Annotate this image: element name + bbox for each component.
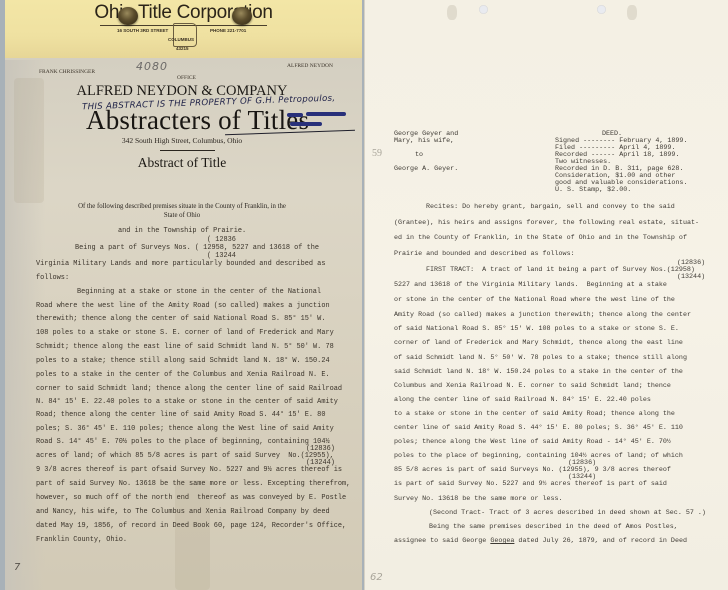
underlined-name: Geogea — [490, 537, 514, 545]
premises-line: State of Ohio — [0, 211, 364, 220]
typed-line: 85 5/8 acres is part of said Surveys No.… — [394, 467, 671, 474]
corporation-phone: PHONE 221-7701 — [210, 28, 246, 33]
typed-line: Being a part of Surveys Nos. ( 12958, 52… — [75, 245, 319, 252]
typed-line: however, so much off of the north end th… — [36, 495, 346, 502]
document-title: Abstract of Title — [0, 155, 364, 171]
grommet-icon — [118, 7, 138, 25]
typed-line: Schmidt; thence along the east line of s… — [36, 344, 334, 351]
deed-stamp: U. S. Stamp, $2.00. — [555, 187, 631, 194]
deed-sheet: 59 George Geyer and Mary, his wife, to G… — [364, 0, 728, 590]
typed-line: (Grantee), his heirs and assigns forever… — [394, 220, 699, 227]
typed-line: ( 12836 — [207, 237, 236, 244]
typed-line: ed in the County of Franklin, in the Sta… — [394, 235, 687, 242]
typed-line: acres of land; of which 85 5/8 acres is … — [36, 453, 334, 460]
letterhead-office: OFFICE — [177, 75, 196, 81]
pencil-file-number: 4080 — [136, 60, 168, 73]
typed-line: Virginia Military Lands and more particu… — [36, 261, 325, 268]
letterhead-left-name: FRANK CHRISSINGER — [39, 69, 95, 75]
title-divider — [160, 150, 215, 151]
typed-line: corner to said Schmidt land; thence alon… — [36, 386, 342, 393]
typed-line: N. 84° 15' E. 22.40 poles to a stake or … — [36, 399, 338, 406]
letterhead-right-name: ALFRED NEYDON — [287, 63, 333, 69]
punch-hole-icon — [597, 5, 606, 14]
typed-line: Road where the west line of the Amity Ro… — [36, 303, 330, 310]
typed-line: is part of said Survey No. 5227 and 9½ a… — [394, 481, 667, 488]
typed-line: poles to a stake in the center of the Co… — [36, 372, 330, 379]
corporation-name: Ohio Title Corporation — [5, 2, 362, 24]
typed-line: 5227 and 13618 of the Virginia Military … — [394, 282, 667, 289]
typed-line: 108 poles to a stake or stone S. E. corn… — [36, 330, 334, 337]
typed-line: 9 3/8 acres thereof is part ofsaid Surve… — [36, 467, 342, 474]
typed-line: ( 13244 — [207, 253, 236, 260]
typed-line: Survey No. 13618 be the same more or les… — [394, 496, 563, 503]
typed-line: Columbus and Xenia Railroad N. E. corner… — [394, 383, 671, 390]
typed-line: dated May 19, 1856, of record in Deed Bo… — [36, 523, 346, 530]
typed-line: FIRST TRACT: A tract of land it being a … — [426, 267, 695, 274]
typed-line: poles to a stake; thence still along sai… — [36, 358, 330, 365]
to-label: to — [415, 152, 423, 159]
company-address: 342 South High Street, Columbus, Ohio — [0, 136, 364, 145]
bottom-page-number: 62 — [370, 572, 383, 583]
grantor-line: Mary, his wife, — [394, 138, 454, 145]
grommet-icon — [232, 7, 252, 25]
premises-line: Of the following described premises situ… — [0, 202, 364, 211]
ink-scribble — [306, 112, 346, 116]
typed-line: Road S. 14° 45' E. 70½ poles to the plac… — [36, 439, 330, 446]
folder-tab: Ohio Title Corporation 16 SOUTH 3RD STRE… — [5, 0, 362, 61]
corporation-street: 16 SOUTH 3RD STREET — [117, 28, 168, 33]
corporation-city: COLUMBUS — [168, 37, 194, 42]
typed-line: of said National Road S. 85° 15' W. 108 … — [394, 326, 679, 333]
pencil-mark: 7 — [14, 562, 20, 573]
typed-line: part of said Survey No. 13618 be the sam… — [36, 481, 350, 488]
typed-line: said Schmidt land N. 18° W. 150.24 poles… — [394, 369, 683, 376]
punch-hole-icon — [479, 5, 488, 14]
typed-line: (Second Tract- Tract of 3 acres describe… — [429, 510, 706, 517]
typed-line: Being the same premises described in the… — [429, 524, 678, 531]
typed-line: center line of said Amity Road S. 44° 15… — [394, 425, 683, 432]
typed-fragment: assignee to said George — [394, 537, 490, 545]
ohio-state-icon — [173, 23, 197, 47]
typed-line: therewith; thence along the center of sa… — [36, 316, 325, 323]
ink-scribble — [290, 122, 322, 126]
torn-fastener-mark — [627, 5, 637, 20]
abstract-folder: Ohio Title Corporation 16 SOUTH 3RD STRE… — [0, 0, 364, 590]
grantee-line: George A. Geyer. — [394, 166, 458, 173]
typed-line: poles; thence along the West line of sai… — [394, 439, 671, 446]
typed-line: and in the Township of Prairie. — [118, 228, 246, 235]
margin-page-number: 59 — [372, 148, 382, 159]
typed-line: corner of land of Frederick and Mary Sch… — [394, 340, 683, 347]
typed-line: poles to the place of beginning, contain… — [394, 453, 683, 460]
typed-line: Prairie and bounded and described as fol… — [394, 251, 575, 258]
typed-line: along the center line of said Railroad N… — [394, 397, 651, 404]
typed-line: Recites: Do hereby grant, bargain, sell … — [426, 204, 675, 211]
typed-fragment: dated July 26, 1879, and of record in De… — [514, 537, 687, 545]
premises-statement: Of the following described premises situ… — [0, 202, 364, 220]
typed-line: follows: — [36, 275, 69, 282]
typed-line: Road; thence along the center line of sa… — [36, 412, 325, 419]
typed-line: Franklin County, Ohio. — [36, 537, 127, 544]
typed-line: poles; S. 36° 45' E. 110 poles; thence a… — [36, 426, 334, 433]
corporation-zip: 43215 — [176, 46, 189, 51]
typed-line: Amity Road (so called) makes a junction … — [394, 312, 691, 319]
ink-scribble — [287, 113, 303, 117]
typed-line: assignee to said George Geogea dated Jul… — [394, 538, 687, 545]
typed-line: or stone in the center of the National R… — [394, 297, 675, 304]
typed-line: and Nancy, his wife, to The Columbus and… — [36, 509, 330, 516]
typed-line: (13244) — [677, 274, 705, 281]
typed-line: to a stake or stone in the center of sai… — [394, 411, 675, 418]
abstracters-heading: Abstracters of Titles — [86, 105, 309, 136]
torn-fastener-mark — [447, 5, 457, 20]
typed-line: of said Schmidt land N. 5° 50' W. 78 pol… — [394, 355, 687, 362]
typed-line: Beginning at a stake or stone in the cen… — [77, 289, 321, 296]
